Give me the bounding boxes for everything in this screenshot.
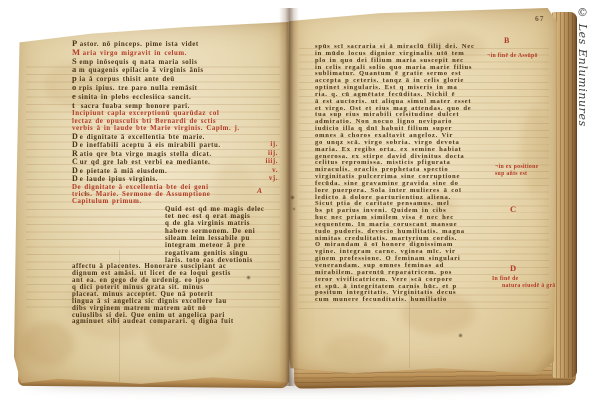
chapter-number: ij.	[270, 141, 278, 149]
book-gutter	[279, 8, 299, 386]
text-line: t sacra fuaba semp honore pari.	[72, 102, 278, 111]
text-line: sileam leim lessabile pu	[165, 235, 278, 242]
margin-note-natura: In finē de natura eiusdē ā grā	[492, 276, 556, 290]
margin-letter-d: D	[510, 263, 516, 273]
text-line: pia ā corpus thisit ante deū	[72, 75, 278, 84]
margin-note-assumption: ¬in finē de Assūpō	[487, 53, 538, 60]
margin-note-exposition: ¬in ex positione sup añts est	[495, 164, 539, 178]
folio-number: 67	[535, 14, 545, 23]
left-page-text: Pastor. nō pinceps. pime ista videtMaria…	[72, 40, 278, 326]
text-line: De dignitate ā excellentia bte marie.	[72, 133, 278, 142]
margin-note-line: ¬in ex positione	[495, 164, 539, 171]
text-line: Incipiunt capla excerptionū quarūdaz col	[72, 110, 278, 117]
manuscript-photo: Pastor. nō pinceps. pime ista videtMaria…	[0, 0, 595, 412]
text-line: am quagenis epilacio ā virginis ānis	[72, 66, 278, 75]
rubric-chapter-one: De dignitate ā excellentia bte dei genit…	[72, 184, 278, 206]
body-text-block: affectu ā placentes. Honorare suscipiant…	[72, 264, 278, 326]
text-line: cum munere fecunditatis. humiliatio	[315, 297, 547, 304]
left-page: Pastor. nō pinceps. pime ista videtMaria…	[14, 22, 290, 386]
text-line: De pietate ā miā eiusdem.v.	[72, 167, 278, 176]
text-line: Pastor. nō pinceps. pime ista videt	[72, 40, 278, 49]
text-line: De dignitate ā excellentia bte dei geni	[72, 184, 278, 191]
text-line: Cur qd gre lab est verbi ea mediante.iii…	[72, 158, 278, 167]
text-line: esinita in plebs ecclesiica sancit.	[72, 93, 278, 102]
text-line: De laude ipius virginis.vj.	[72, 175, 278, 184]
chapter-number: iiij.	[265, 158, 278, 166]
chapter-list: De dignitate ā excellentia bte marie.De …	[72, 133, 278, 184]
intro-column: Quid est qd me magis delectet nec est q …	[165, 206, 278, 264]
text-line: Semp inōsequis q nata maria solis	[72, 58, 278, 67]
margin-letter-b: B	[504, 36, 509, 45]
text-line: q de gla virginis matris	[165, 220, 278, 227]
margin-note-line: natura eiusdē ā grā	[502, 283, 556, 290]
text-line: rogativam genitis singu	[165, 250, 278, 257]
margin-note-line: sup añts est	[495, 171, 539, 178]
chapter-number: v.	[272, 167, 278, 175]
stain	[325, 334, 387, 364]
rubric-incipit: Incipiunt capla excerptionū quarūdaz col…	[72, 110, 278, 132]
margin-mark: 9	[84, 191, 87, 198]
text-line: Ratio qre bta virgo magis stella dicat.i…	[72, 150, 278, 159]
stain	[22, 322, 74, 366]
text-line: verbis ā in laude bte Marie virginis. Ca…	[72, 125, 278, 132]
chapter-number: vj.	[269, 175, 278, 183]
verse-block: Pastor. nō pinceps. pime ista videtMaria…	[72, 40, 278, 110]
chapter-number: iij.	[268, 150, 278, 158]
margin-note-line: In finē de	[492, 276, 556, 283]
text-line: Capitulum primum.	[72, 198, 278, 205]
margin-letter-c: C	[510, 204, 516, 214]
text-line: agminuet sibi audeat comparari. q digna …	[72, 319, 278, 326]
text-line: integram meteor ā pre	[165, 242, 278, 249]
right-page: 67 spūs scī sacraria si ā miraclū filij …	[289, 8, 557, 374]
text-line: De ineffabili aceptu ā eis mirabili part…	[72, 141, 278, 150]
copyright-watermark: © Les Enluminures	[576, 6, 589, 127]
ink-speck	[459, 334, 462, 337]
text-line: Quid est qd me magis delec	[165, 206, 278, 213]
margin-letter-a: A	[257, 186, 262, 195]
corner-fold	[511, 322, 555, 372]
text-line: tet nec est q erat magis	[165, 213, 278, 220]
text-line: lectaz de opusculis bti Bernardi de scti…	[72, 118, 278, 125]
text-line: orpis ipius. tre paro nulla remāsit	[72, 84, 278, 93]
text-line: tricis. Marie. Sermone de Assumptione	[72, 191, 278, 198]
text-line: habere sermonem. De eni	[165, 228, 278, 235]
text-line: Maria virgo migravit in celum.	[72, 49, 278, 58]
